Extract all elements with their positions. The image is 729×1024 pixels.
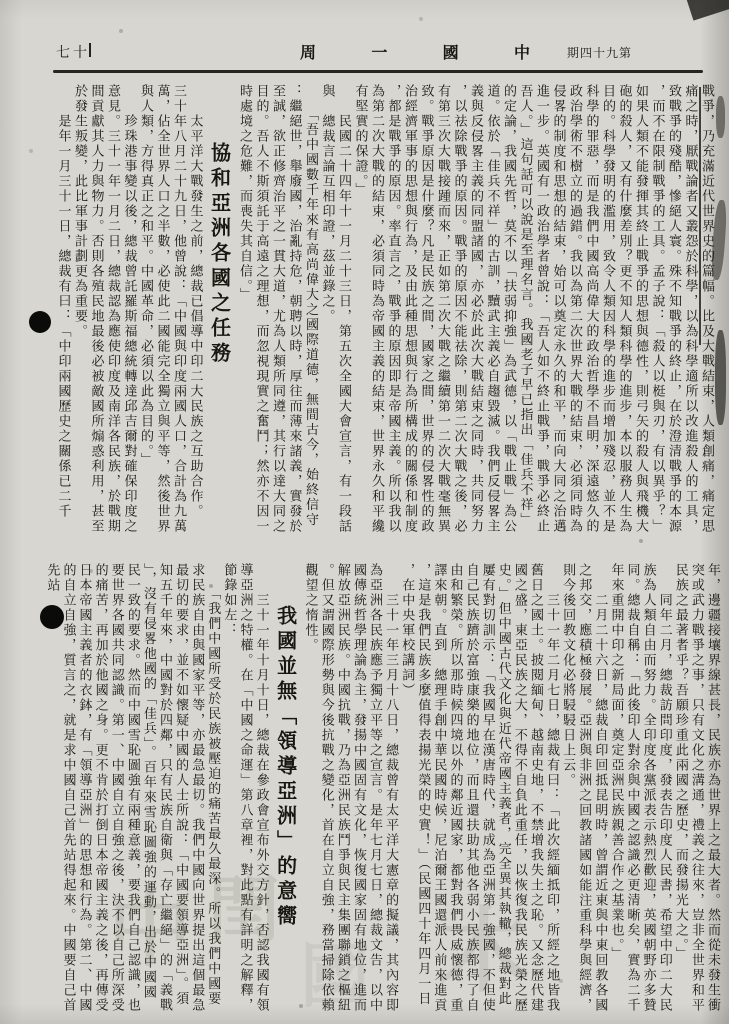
text-column: 史。」但中國古代文化與近代帝國主義者，完全異其執轍，總裁對此: [495, 563, 511, 1015]
text-column: 之邦交，應積極發展。亞洲與非洲之回教諸國如能注重科學與經濟，: [575, 563, 591, 1015]
text-column: 年，邊疆接壤界線甚長，民族亦為世界上之最大者。然而從未發生衝: [704, 563, 720, 1015]
text-column: ：繼絕世，舉廢國，治亂持危，朝聘以時，厚往而薄來諸義，實發於: [285, 84, 302, 556]
text-column: 吾人。」這句話可以說是至理名言。我國老子早已指出「佳兵不祥」: [516, 84, 533, 556]
text-column: 國之盛，東亞民族之大，不得不自負此重任，以恢復我民族光榮之歷: [511, 563, 527, 1015]
text-column: 二月二十六日，總裁自印回抵昆明時，曾謂近東與中東回教各國: [591, 563, 607, 1015]
text-column: 砲的殺人，又有什麼差別？更不知人類科學的進步，本以服務人生為: [615, 84, 632, 556]
text-column: 同。總裁自稱：「此後印人對余與中國之認識必更清晰矣，實為二千: [623, 563, 639, 1015]
scanned-magazine-page: 十七 中國一周 第九十四期 戰爭，乃充滿近代世界史的篇幅。比及大戰結束，人類創痛…: [0, 0, 729, 1024]
binding-edge-line: [699, 87, 701, 345]
text-column: 「我們中國所受於民族被壓迫的痛苦最久最深。所以我們中國要: [204, 563, 220, 1015]
text-column: 三十一年二月七日，總裁有曰：「此次經緬抵印，所經之地皆我: [543, 563, 559, 1015]
hole-punch-top: [29, 311, 51, 333]
header-rule: [53, 70, 703, 73]
text-column: 治經濟軍事的思想與行為，及由此種思想與行為所構成的關係和制度: [401, 84, 418, 556]
text-column: 」，沒有侵畧他國的「佳兵」。百年來雪恥圖強的運動，出於中國國: [140, 563, 156, 1015]
text-column: 由和繁榮。所以那時候四境以外的鄰近國家，都對我們畏威懷德，重: [446, 563, 462, 1015]
issue-char: 期: [567, 44, 579, 61]
text-column: 求民族自由與國家平等，亦最急最切。我們中國向世界提出這個最急: [188, 563, 204, 1015]
text-column: 目的。科學發明的濫用，致令人類因科學的進步而增加殘忍，並不是: [599, 84, 616, 556]
text-column: 是年一月三十一日，總裁有曰：「中印兩國歷史之關係已二千: [54, 84, 71, 556]
text-column: 珍珠港事變以後，總裁曾託羅斯福總統轉達邱吉爾對確保印度之: [120, 84, 137, 556]
text-column: 節錄如左：: [220, 563, 236, 1015]
masthead-char: 一: [371, 40, 387, 63]
hole-punch-bottom: [40, 605, 64, 629]
text-column: 為亞洲各民族應予獨立平等之宣言。是年七月七日，總裁文告，以中: [366, 563, 382, 1015]
text-column: ，而不在限制戰爭的工具。孟子說：「殺人以梃與刃，有以異乎？」: [648, 84, 665, 556]
text-column: 於發生叛變，此比軍事計劃更為重要。: [71, 84, 88, 556]
text-column: 如果人類不能發揮其終止戰爭的思想與德性，則弓矢的殺人與飛機大: [632, 84, 649, 556]
text-column: 時處境之危難，而喪失其自信。」: [236, 84, 253, 556]
text-column: 日本帝國主義者的衣鉢，有「領導亞洲」的思想和行為。第二、中國: [75, 563, 91, 1015]
text-column: 要世界各國共同認識。第一、中國自立自強之後，決不以自己所深受: [108, 563, 124, 1015]
text-column: 與 總裁言論互相印證，茲並錄之。: [318, 84, 335, 556]
issue-char: 九: [606, 44, 618, 61]
text-column: 三十一年十月十日，總裁在參政會宣布外交方針，否認我國有領: [252, 563, 268, 1015]
text-column: ，在中央軍校講詞）: [398, 563, 414, 1015]
text-column: 與人類，方得真正之和平。中國革命，必須以此為目的。」: [137, 84, 154, 556]
top-article-block: 戰爭，乃充滿近代世界史的篇幅。比及大戰結束，人類創痛，痛定思痛之時，厭戰論者又叢…: [50, 84, 714, 556]
text-column: 間貢獻其人力與物力。否則各殖民地最後必被敵國所煽惑利用，甚至: [87, 84, 104, 556]
text-column: 萬，佔全世界人口之半數，必使此二國能完全獨立與平等，然後世界: [153, 84, 170, 556]
text-column: 解放亞洲民族。中國抗戰，乃為亞洲民族鬥爭與民主集團聯鎖之樞紐: [334, 563, 350, 1015]
text-column: 的痛苦，再加於他國之身。更不肯於打倒日本帝國主義之後，再傳受: [92, 563, 108, 1015]
text-column: 三十一年三月十八日，總裁曾有太平洋大憲章的擬議，其內容即: [382, 563, 398, 1015]
text-column: 有堅實的保證。」: [351, 84, 368, 556]
issue-number: 第九十四期: [567, 44, 631, 61]
text-column: 的自立自強，質言之，就是求中國自己首先站得起來。中國要自己首: [59, 563, 75, 1015]
scan-smudge: [715, 330, 726, 425]
page-number: 十七: [56, 42, 95, 62]
page-number-text: 十七: [56, 42, 87, 62]
text-column: ，以祛除戰爭的原因。戰爭的原因不能祛除，則第二次大戰之後，必: [450, 84, 467, 556]
text-column: 致。戰爭原因是什麼？凡是民族之間，國家之間，世界的侵畧性的政: [417, 84, 434, 556]
masthead-char: 中: [514, 40, 530, 63]
text-column: 民族之最著者乎？吾願珍重此兩國之歷史，而發揚光大之。」: [672, 563, 688, 1015]
text-column: 國傳統哲學理論為主，發揚中國固有文化，恢復國家固有地位，進而: [350, 563, 366, 1015]
scan-smudge: [716, 96, 725, 138]
text-column: 譯來朝。直到 總理手創中華民國時候，尼泊爾王國還派人前來進貢: [430, 563, 446, 1015]
text-column: 自己民族躋於富強康樂的地位，而且還扶助其他各弱小民族都得了自: [463, 563, 479, 1015]
text-column: 舊日之國土。披閱緬甸、越南史地，不禁增我失土之恥。又念歷代建: [527, 563, 543, 1015]
text-column: 知五千年來，中國對於四鄰，只有民族自衛與「存亡繼絕」的「義戰: [156, 563, 172, 1015]
text-column: 觀望之惰性。: [302, 563, 318, 1015]
text-column: 屢有對切訓示：「我國早在漢唐時代，就成為亞洲第一強國，不但使: [479, 563, 495, 1015]
text-column: 最切的要求，並不如懷疑中國的人士所說：「中國要領導亞洲」。須: [172, 563, 188, 1015]
text-column: 導亞洲之特權。在「中國之命運」第八章裡，對此點有詳明之解釋，: [236, 563, 252, 1015]
text-column: 致戰爭的殘酷，慘絕人寰。殊不知戰爭的終止，在於澄清戰爭的本源: [665, 84, 682, 556]
text-column: 科學的罪惡，而是我們中國高尚偉大的政治哲學不昌明，深遠悠久的: [582, 84, 599, 556]
text-column: 的定論，我國先哲，莫不以「扶弱抑強」為武德，以「戰止戰」為公: [500, 84, 517, 556]
text-column: 道。依於「佳兵不祥」的古訓，黷武主義必自趨毀滅。我們反侵畧主: [483, 84, 500, 556]
text-column: 「吾中國數千年來有高尚偉大之國際道德，無間古今，始終信守: [302, 84, 319, 556]
text-column: 有第三次大戰接踵而來，正如第二次大戰之繼續第一二次大戰毫無異: [434, 84, 451, 556]
text-column: 至誠，欲正修齊治平之一貫大道，尤為人類所同遵，其行以達大同之: [269, 84, 286, 556]
top-article-title: 協和亞洲各國之任務: [203, 84, 236, 556]
text-column: 民一致的要求。然而中國雪恥圖強有兩種意義，要我們自己認識，也: [124, 563, 140, 1015]
text-column: 先站: [43, 563, 59, 1015]
text-column: ，這是我們民族多麼值得表揚光榮的史實！」（民國四十年四月一日: [414, 563, 430, 1015]
text-column: 進一步。英國有一政治學者曾說：「吾人如不終止戰爭，戰爭必終止: [533, 84, 550, 556]
text-column: 民國二十四年十一月二十三日，第五次全國大會宣言，有一段話: [335, 84, 352, 556]
issue-char: 第: [619, 44, 631, 61]
text-column: 。但又謂國際形勢與今後抗戰之變化，首在自立自強，務當掃除依賴: [318, 563, 334, 1015]
bottom-article-title: 我國並無「領導亞洲」的意嚮: [269, 563, 302, 1015]
text-column: 痛之時，厭戰論者又叢怨於科學，以為科學適所以改進殺人的工具，: [681, 84, 698, 556]
text-column: 義與反侵畧主義的同盟諸國，亦必於此次大戰結束之同時，共同努力: [467, 84, 484, 556]
text-column: 三十年八月二十九日，他曾說：「中國與印度兩國人口，合計為九萬: [170, 84, 187, 556]
scan-noise-speckles: [0, 0, 2, 2]
bottom-article-block: 年，邊疆接壤界線甚長，民族亦為世界上之最大者。然而從未發生衝突或武力戰爭之事，只…: [40, 563, 720, 1015]
corner-shadow-mark: [685, 0, 729, 21]
text-column: 同年二月，總裁訪問印度，發表告印度人民書，希望中印二大民: [656, 563, 672, 1015]
page-header: 十七 中國一周 第九十四期: [50, 38, 701, 66]
text-column: ，都是戰爭的原因。率直言之，戰爭的原因即是帝國主義。所以我以: [384, 84, 401, 556]
masthead-char: 國: [443, 40, 459, 63]
issue-char: 四: [580, 44, 592, 61]
masthead-char: 周: [300, 40, 316, 63]
text-column: 侵畧的制度和思想的結束，始可以奠定永久的和平，而向大同之治邁: [549, 84, 566, 556]
fold-tick-mark: [89, 43, 91, 57]
text-column: 太平洋大戰發生之前，總裁已倡導中印二大民族之互助合作。: [186, 84, 203, 556]
text-column: 年來重開中印之新局面，奠定亞洲民族親善合作之基業也。」: [607, 563, 623, 1015]
text-column: 目的。吾人不斯須託于高遠之理想，而忽視現實之奮鬥；然亦不因一: [252, 84, 269, 556]
text-column: 族為人類自由而努力。全印度各黨派表示熱烈歡迎，英國朝野亦多贊: [640, 563, 656, 1015]
text-column: 突或武力戰爭之事，只有文化之溝通，禮義之往來，豈非全世界和平: [688, 563, 704, 1015]
text-column: 則今後回教文化必將駸駸日上云。: [559, 563, 575, 1015]
text-column: 政治學術不樹立的過錯。我以為第二次世界大戰的結束，必須同時為: [566, 84, 583, 556]
text-column: 為第二次大戰的結束，必須同時為帝國主義的結束，世界永久和平纔: [368, 84, 385, 556]
text-column: 意見。三十一年一月二日，總裁認為應使印度及南洋各民族，於戰期: [104, 84, 121, 556]
masthead-title: 中國一周: [300, 40, 530, 63]
issue-char: 十: [593, 44, 605, 61]
